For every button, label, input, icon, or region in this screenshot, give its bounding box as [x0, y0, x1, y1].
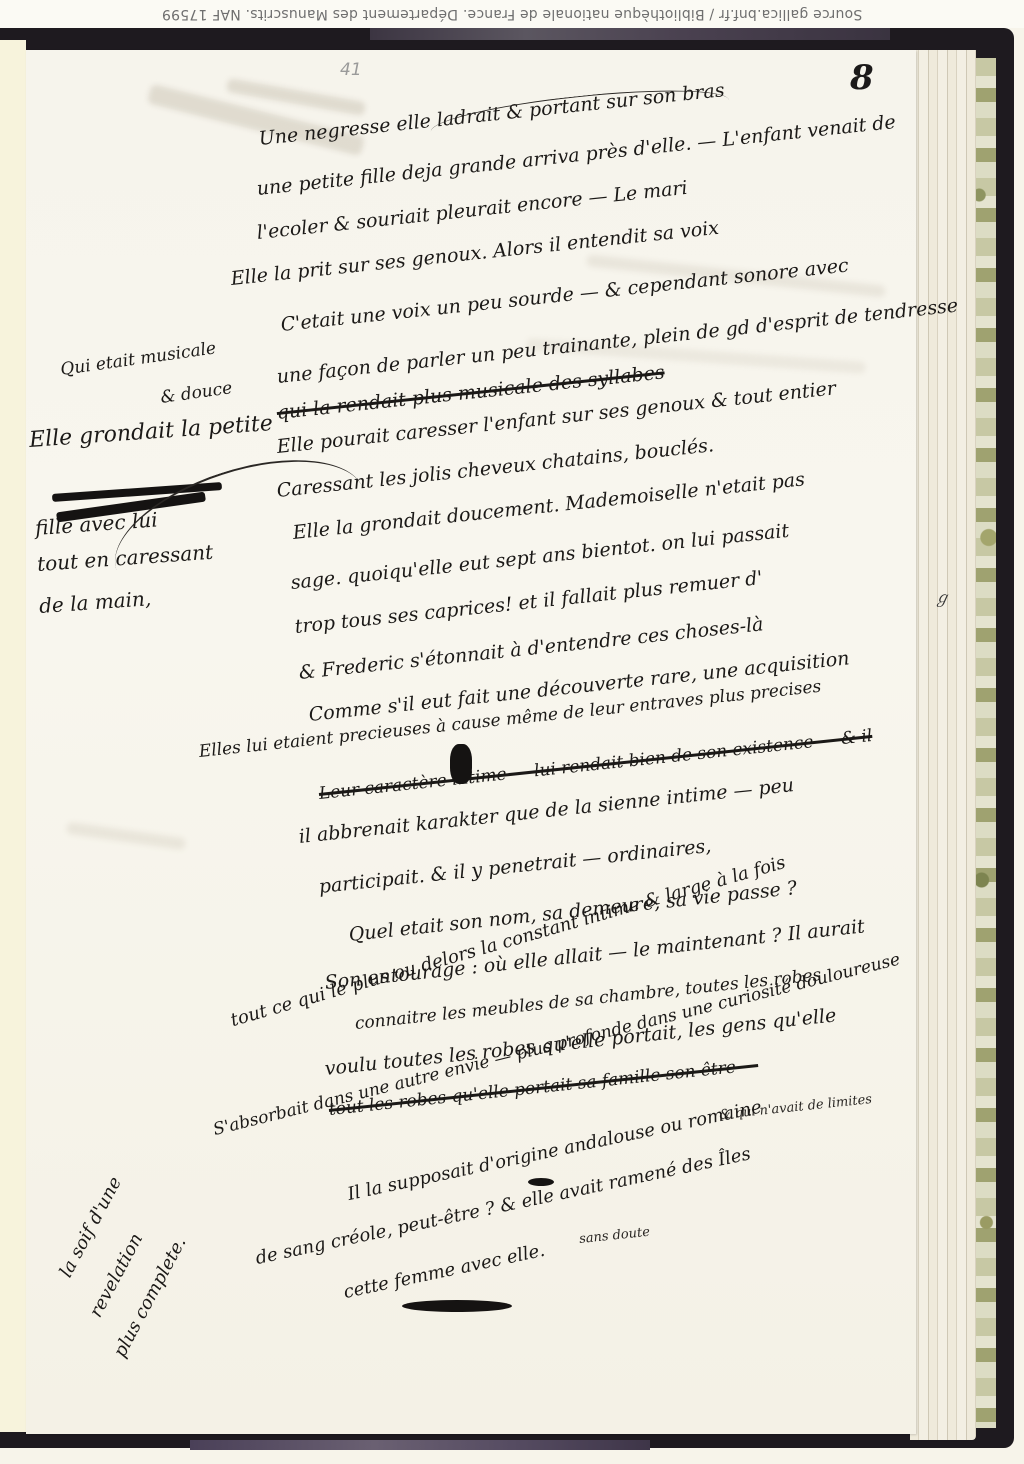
- source-banner-text: Source gallica.bnf.fr / Bibliothèque nat…: [162, 6, 862, 22]
- facing-page-edge: [0, 40, 26, 1432]
- edge-mark: ℊ: [934, 585, 950, 608]
- binding-top-marbled: [370, 28, 890, 40]
- ink-folio-number: 8: [850, 58, 874, 98]
- ink-blot: [528, 1178, 554, 1186]
- page-edges: [910, 50, 976, 1440]
- ink-bleed: [66, 822, 187, 851]
- binding-bottom-marbled: [190, 1440, 650, 1450]
- ink-blot: [450, 744, 472, 784]
- ink-blot: [402, 1300, 512, 1312]
- source-banner: Source gallica.bnf.fr / Bibliothèque nat…: [0, 0, 1024, 28]
- pencil-folio-number: 41: [340, 60, 362, 80]
